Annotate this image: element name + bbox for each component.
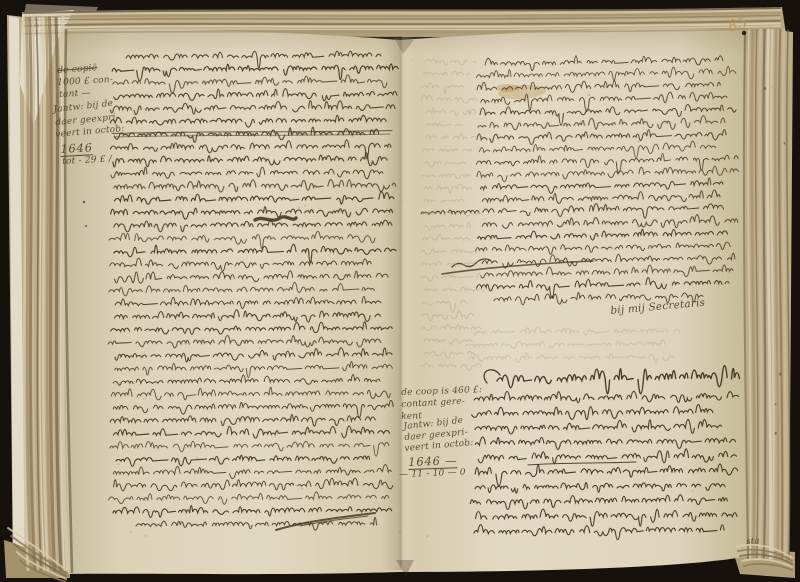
gutter-shadow (382, 36, 418, 570)
paper-speck (85, 225, 87, 227)
paper-speck (301, 424, 302, 425)
manuscript-photo: de copië 1000 £ con- tant — Jantw: bij d… (0, 0, 800, 582)
paper-speck (642, 554, 644, 556)
paper-speck (555, 472, 558, 475)
paper-speck (659, 203, 660, 204)
paper-speck (601, 345, 603, 347)
edge-notch (742, 31, 746, 35)
paper-speck (203, 68, 204, 69)
paper-speck (609, 199, 611, 201)
paper-speck (259, 347, 262, 350)
paper-speck (412, 59, 413, 60)
paper-speck (304, 205, 306, 207)
paper-speck (403, 414, 405, 416)
right-edge-streak (759, 30, 761, 558)
paper-speck (639, 214, 641, 216)
paper-speck (600, 475, 602, 477)
paper-speck (596, 494, 597, 495)
paper-speck (692, 490, 694, 492)
book-scene (0, 0, 800, 582)
paper-speck (228, 385, 229, 386)
edge-speck (774, 403, 776, 405)
paper-speck (637, 141, 639, 143)
paper-speck (209, 258, 210, 259)
paper-speck (129, 319, 130, 320)
paper-speck (130, 531, 132, 533)
paper-speck (395, 56, 397, 58)
paper-speck (652, 142, 653, 143)
paper-speck (324, 267, 325, 268)
paper-speck (104, 118, 105, 119)
paper-speck (118, 463, 120, 465)
paper-speck (173, 99, 174, 100)
paper-speck (143, 398, 145, 400)
paper-speck (588, 93, 591, 96)
paper-speck (117, 467, 118, 468)
paper-speck (83, 201, 85, 203)
paper-speck (727, 428, 728, 429)
paper-speck (301, 488, 303, 490)
paper-speck (426, 535, 428, 537)
paper-speck (398, 531, 400, 533)
paper-speck (563, 79, 565, 81)
paper-speck (402, 200, 404, 202)
paper-speck (121, 373, 122, 374)
paper-speck (212, 244, 214, 246)
paper-speck (144, 534, 147, 537)
paper-speck (298, 207, 301, 210)
paper-speck (677, 180, 678, 181)
